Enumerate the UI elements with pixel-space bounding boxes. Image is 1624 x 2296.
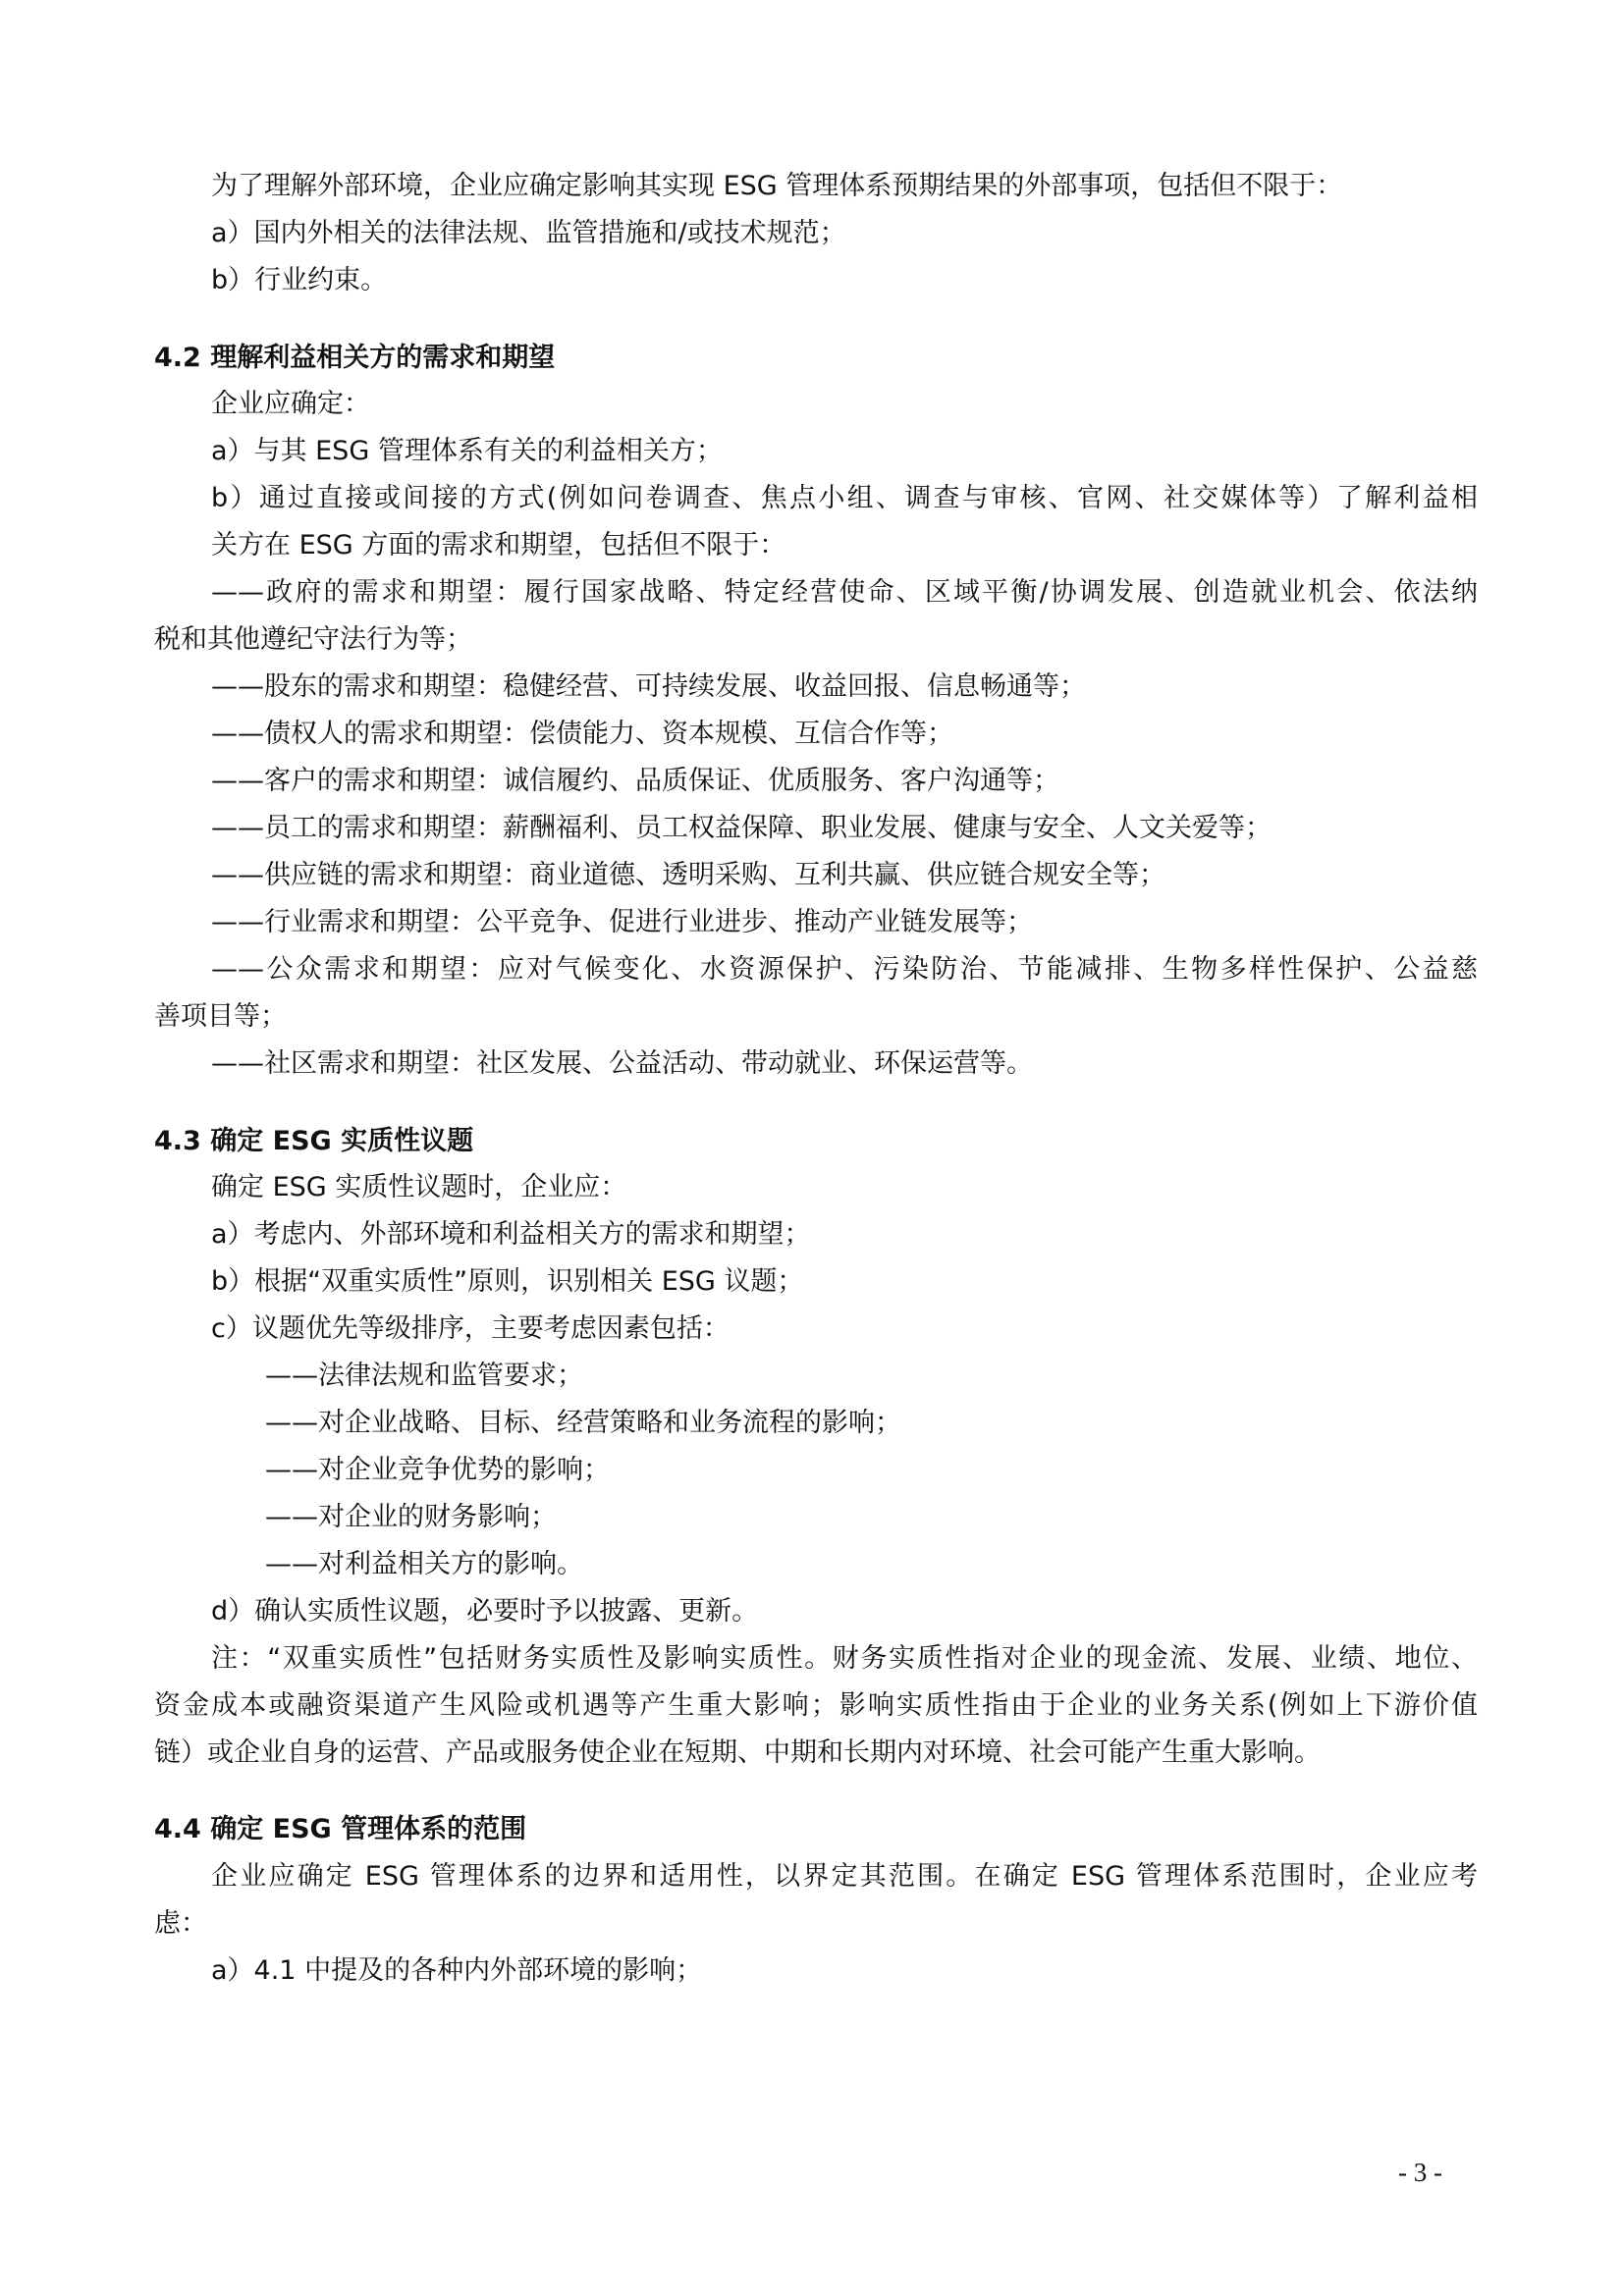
stakeholder-community: ——社区需求和期望：社区发展、公益活动、带动就业、环保运营等。 xyxy=(211,1046,1033,1082)
note-line3: 链）或企业自身的运营、产品或服务使企业在短期、中期和长期内对环境、社会可能产生重… xyxy=(154,1735,1321,1771)
factor-item: ——对企业竞争优势的影响； xyxy=(265,1453,610,1488)
section-4-4-para-line1: 企业应确定 ESG 管理体系的边界和适用性，以界定其范围。在确定 ESG 管理体… xyxy=(211,1859,1478,1895)
section-4-4-para-line2: 虑： xyxy=(154,1906,207,1942)
stakeholder-public-line2: 善项目等； xyxy=(154,999,287,1035)
section-4-2-item-b-line2: 关方在 ESG 方面的需求和期望，包括但不限于： xyxy=(211,528,785,563)
section-4-2-item-a: a）与其 ESG 管理体系有关的利益相关方； xyxy=(211,434,723,469)
section-4-3-item-d: d）确认实质性议题，必要时予以披露、更新。 xyxy=(211,1594,758,1629)
section-4-2-lead: 企业应确定： xyxy=(211,387,370,422)
section-4-3-item-c: c）议题优先等级排序，主要考虑因素包括： xyxy=(211,1311,730,1347)
stakeholder-supply-chain: ——供应链的需求和期望：商业道德、透明采购、互利共赢、供应链合规安全等； xyxy=(211,858,1165,893)
section-4-3-lead: 确定 ESG 实质性议题时，企业应： xyxy=(211,1170,626,1205)
stakeholder-government-line2: 税和其他遵纪守法行为等； xyxy=(154,622,472,658)
stakeholder-government-line1: ——政府的需求和期望：履行国家战略、特定经营使命、区域平衡/协调发展、创造就业机… xyxy=(211,575,1478,611)
stakeholder-shareholders: ——股东的需求和期望：稳健经营、可持续发展、收益回报、信息畅通等； xyxy=(211,669,1086,705)
section-heading-4-2: 4.2 理解利益相关方的需求和期望 xyxy=(154,341,555,376)
stakeholder-employees: ——员工的需求和期望：薪酬福利、员工权益保障、职业发展、健康与安全、人文关爱等； xyxy=(211,811,1272,846)
intro-item-a: a）国内外相关的法律法规、监管措施和/或技术规范； xyxy=(211,216,846,251)
factor-item: ——对企业的财务影响； xyxy=(265,1500,557,1535)
section-4-4-item-a: a）4.1 中提及的各种内外部环境的影响； xyxy=(211,1953,702,1989)
stakeholder-public-line1: ——公众需求和期望：应对气候变化、水资源保护、污染防治、节能减排、生物多样性保护… xyxy=(211,952,1478,988)
stakeholder-creditors: ——债权人的需求和期望：偿债能力、资本规模、互信合作等； xyxy=(211,717,953,752)
section-heading-4-3: 4.3 确定 ESG 实质性议题 xyxy=(154,1124,473,1159)
intro-item-b: b）行业约束。 xyxy=(211,263,387,298)
note-line2: 资金成本或融资渠道产生风险或机遇等产生重大影响；影响实质性指由于企业的业务关系(… xyxy=(154,1688,1478,1724)
section-4-2-item-b-line1: b）通过直接或间接的方式(例如问卷调查、焦点小组、调查与审核、官网、社交媒体等）… xyxy=(211,481,1478,516)
page-number: - 3 - xyxy=(1398,2158,1442,2188)
section-4-3-item-a: a）考虑内、外部环境和利益相关方的需求和期望； xyxy=(211,1217,811,1253)
stakeholder-customers: ——客户的需求和期望：诚信履约、品质保证、优质服务、客户沟通等； xyxy=(211,764,1059,799)
intro-paragraph: 为了理解外部环境，企业应确定影响其实现 ESG 管理体系预期结果的外部事项，包括… xyxy=(211,169,1342,204)
section-heading-4-4: 4.4 确定 ESG 管理体系的范围 xyxy=(154,1812,526,1847)
factor-item: ——对企业战略、目标、经营策略和业务流程的影响； xyxy=(265,1406,901,1441)
stakeholder-industry: ——行业需求和期望：公平竞争、促进行业进步、推动产业链发展等； xyxy=(211,905,1033,940)
factor-item: ——对利益相关方的影响。 xyxy=(265,1547,583,1582)
note-line1: 注：“双重实质性”包括财务实质性及影响实质性。财务实质性指对企业的现金流、发展、… xyxy=(211,1641,1478,1677)
section-4-3-item-b: b）根据“双重实质性”原则，识别相关 ESG 议题； xyxy=(211,1264,803,1300)
factor-item: ——法律法规和监管要求； xyxy=(265,1359,583,1394)
